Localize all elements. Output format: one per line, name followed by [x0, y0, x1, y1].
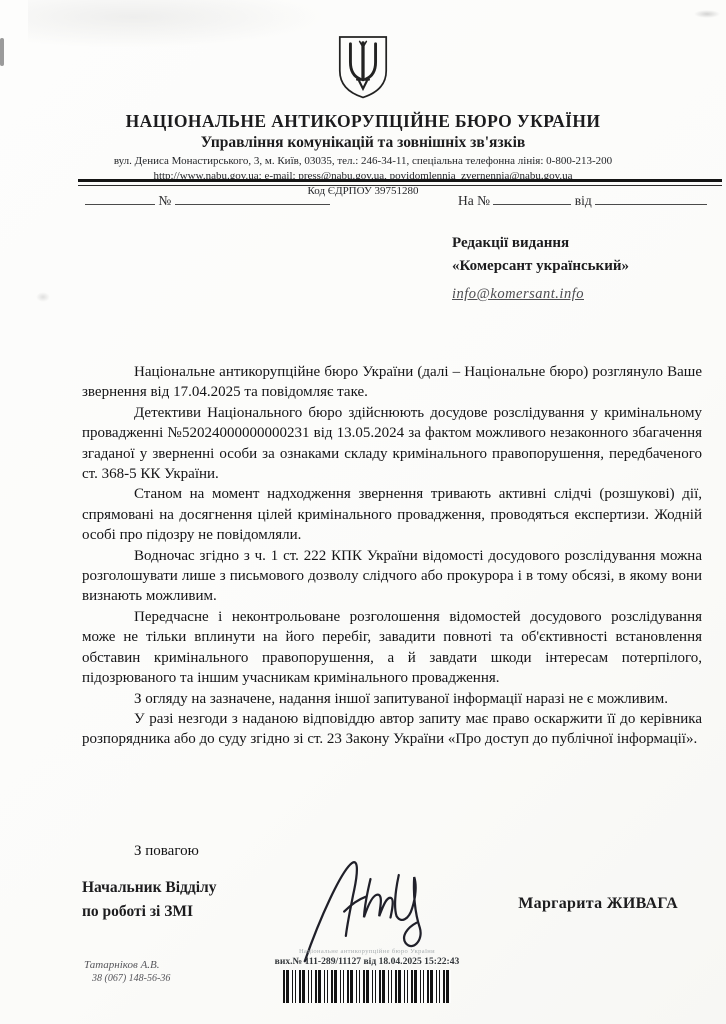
stamp-org-line: Національне антикорупційне бюро України	[262, 948, 472, 955]
outgoing-ref: №	[85, 191, 330, 209]
executor-note: Татарніков А.В. 38 (067) 148-56-36	[84, 958, 170, 986]
scan-smudge	[36, 292, 50, 302]
scanned-letter-page: НАЦІОНАЛЬНЕ АНТИКОРУПЦІЙНЕ БЮРО УКРАЇНИ …	[0, 0, 726, 1024]
closing-salutation: З повагою	[134, 843, 199, 860]
body-paragraph: Національне антикорупційне бюро України …	[82, 362, 702, 403]
incoming-ref: На № від	[458, 191, 707, 209]
body-paragraph: Водночас згідно з ч. 1 ст. 222 КПК Украї…	[82, 546, 702, 607]
letterhead: НАЦІОНАЛЬНЕ АНТИКОРУПЦІЙНЕ БЮРО УКРАЇНИ …	[0, 34, 726, 197]
ukraine-trident-emblem	[334, 34, 392, 100]
signer-position-line1: Начальник Відділу	[82, 876, 216, 900]
addressee-line1: Редакції видання	[452, 232, 629, 255]
stamp-reg-line: вих.№ 111-289/11127 від 18.04.2025 15:22…	[262, 956, 472, 967]
body-paragraph: У разі незгоди з наданою відповіддю авто…	[82, 709, 702, 750]
blank-date-field	[85, 191, 155, 205]
signer-position: Начальник Відділу по роботі зі ЗМІ	[82, 876, 216, 924]
blank-number-field	[175, 191, 330, 205]
body-paragraph: Станом на момент надходження звернення т…	[82, 484, 702, 545]
blank-reply-date-field	[595, 191, 707, 205]
addressee-line2: «Комерсант український»	[452, 255, 629, 278]
signer-position-line2: по роботі зі ЗМІ	[82, 900, 216, 924]
number-label: №	[158, 193, 171, 208]
letter-body: Національне антикорупційне бюро України …	[82, 362, 702, 750]
body-paragraph: З огляду на зазначене, надання іншої зап…	[82, 689, 702, 709]
letterhead-rule-thin	[78, 185, 722, 186]
signer-name: Маргарита ЖИВАГА	[518, 895, 678, 913]
addressee-email: info@komersant.info	[452, 286, 584, 303]
scan-speck	[694, 10, 720, 18]
executor-phone: 38 (067) 148-56-36	[84, 972, 170, 986]
letterhead-rule-thick	[78, 179, 722, 182]
reply-date-label: від	[575, 193, 592, 208]
body-paragraph: Детективи Національного бюро здійснюють …	[82, 403, 702, 485]
body-paragraph: Передчасне і неконтрольоване розголошенн…	[82, 607, 702, 689]
executor-name: Татарніков А.В.	[84, 958, 170, 972]
department-name: Управління комунікацій та зовнішніх зв'я…	[0, 134, 726, 152]
org-name: НАЦІОНАЛЬНЕ АНТИКОРУПЦІЙНЕ БЮРО УКРАЇНИ	[0, 111, 726, 132]
registration-barcode	[283, 970, 451, 1003]
address-line: вул. Дениса Монастирського, 3, м. Київ, …	[0, 155, 726, 167]
addressee-block: Редакції видання «Комерсант український»	[452, 232, 629, 278]
registration-stamp: Національне антикорупційне бюро України …	[262, 948, 472, 1003]
reply-number-label: На №	[458, 193, 490, 208]
blank-reply-number-field	[493, 191, 571, 205]
